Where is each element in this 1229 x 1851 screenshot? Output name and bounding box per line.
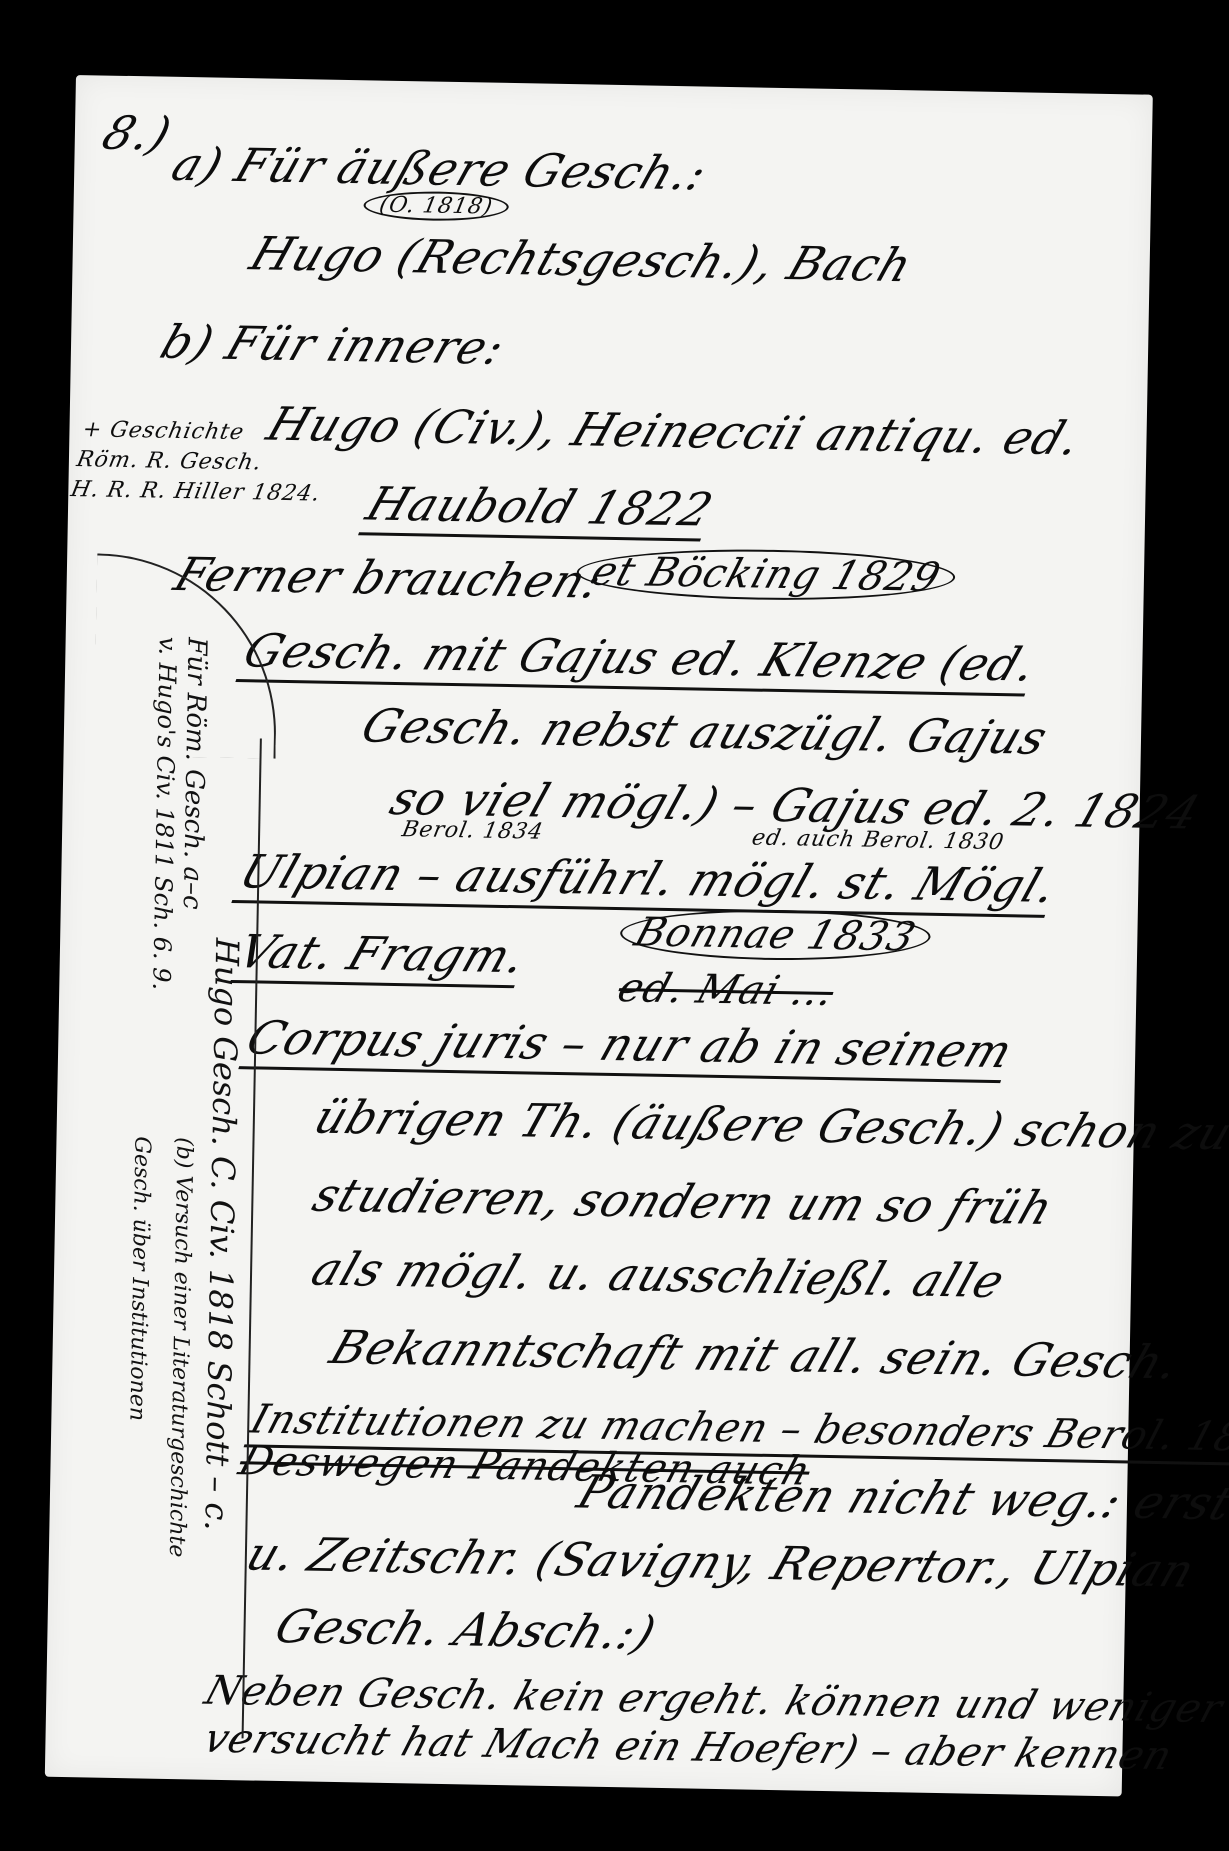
text-line-3: als mögl. u. ausschließl. alle [305, 1242, 1012, 1308]
manuscript-page: 8.) a) Für äußere Gesch.: (O. 1818) Hugo… [45, 75, 1153, 1796]
ref-b: Hugo (Civ.), Heineccii antiqu. ed. [260, 397, 1088, 466]
page-number: 8.) [96, 106, 179, 161]
text-line-8: Gesch. Absch.:) [268, 1599, 663, 1660]
margin-vertical-4: (b) Versuch einer Literaturgeschichte [164, 1137, 197, 1558]
text-line-6: Pandekten nicht weg.: erst Mag [571, 1465, 1229, 1533]
struck-vat: ed. Mai ... [612, 965, 840, 1015]
annotation-boecking: et Böcking 1829 [569, 546, 962, 603]
gajus-line-2: Gesch. nebst auszügl. Gajus [355, 699, 1055, 765]
ferner-line: Ferner brauchen: [168, 547, 611, 608]
ref-b-2: Haubold 1822 [358, 477, 720, 542]
annotation-berol-1830: ed. auch Berol. 1830 [750, 826, 1007, 856]
annotation-bonnae: Bonnae 1833 [613, 907, 938, 962]
annotation-a: (O. 1818) [361, 190, 512, 222]
text-line-1: übrigen Th. (äußere Gesch.) schon zu [308, 1090, 1229, 1160]
annotation-berol-1834: Berol. 1834 [400, 817, 546, 844]
gajus-line: Gesch. mit Gajus ed. Klenze (ed. [235, 623, 1044, 696]
margin-vertical-5: Gesch. über Institutionen [124, 1136, 154, 1421]
text-line-2: studieren, sondern um so früh [306, 1168, 1060, 1235]
vat-line: Vat. Fragm. [230, 924, 534, 988]
ulpian-line: Ulpian – ausführl. mögl. st. Mögl. [231, 844, 1065, 918]
text-line-4: Bekanntschaft mit all. sein. Gesch. [323, 1320, 1187, 1389]
margin-vertical-3: Hugo Gesch. C. Civ. 1818 Schott – c. [197, 938, 246, 1531]
ref-a: Hugo (Rechtsgesch.), Bach [243, 226, 919, 292]
margin-note-upper: + Geschichte Röm. R. Gesch. H. R. R. Hil… [68, 415, 335, 509]
text-line-7: u. Zeitschr. (Savigny, Repertor., Ulpian [240, 1527, 1203, 1598]
margin-vertical-1: Für Röm. Gesch. a–c [177, 637, 212, 910]
corpus-line: Corpus juris – nur ab in seinem [238, 1011, 1020, 1084]
heading-b: b) Für innere: [154, 315, 513, 375]
margin-vertical-2: v. Hugo's Civ. 1811 Sch. 6. 9. [147, 637, 181, 991]
